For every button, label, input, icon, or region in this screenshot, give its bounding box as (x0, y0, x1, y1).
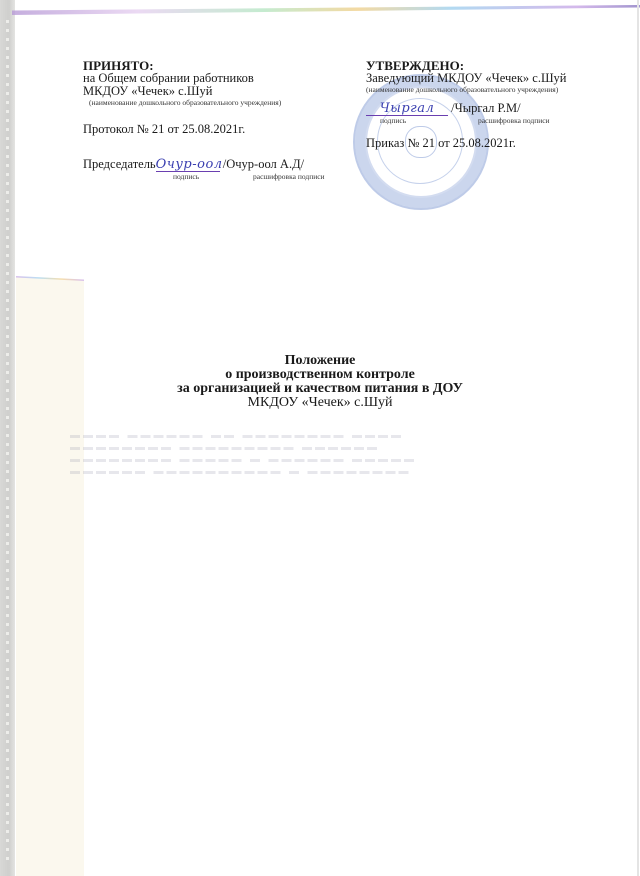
caption-signature: подпись (173, 172, 233, 181)
page-edge-right (637, 0, 639, 876)
caption-decoding: расшифровка подписи (253, 172, 325, 181)
title-line3: за организацией и качеством питания в ДО… (0, 382, 640, 396)
document-title: Положение о производственном контроле за… (0, 354, 640, 410)
head-captions: подписьрасшифровка подписи (366, 116, 626, 125)
title-line2: о производственном контроле (0, 368, 640, 382)
bleed-through-text: ▬▬▬▬ ▬▬▬▬▬▬ ▬▬ ▬▬▬▬▬▬▬▬ ▬▬▬▬ ▬▬▬▬▬▬▬▬ ▬▬… (70, 430, 570, 500)
accepted-block: ПРИНЯТО: на Общем собрании работников МК… (83, 59, 343, 181)
page-edge-top (12, 5, 640, 15)
chair-label: Председатель (83, 157, 156, 171)
chair-captions: подписьрасшифровка подписи (83, 172, 343, 181)
chair-signature-line: Очур-оол (156, 158, 220, 172)
head-signature-line: Чыргал (366, 102, 448, 116)
approved-block: УТВЕРЖДЕНО: Заведующий МКДОУ «Чечек» с.Ш… (366, 59, 626, 150)
caption-signature-right: подпись (380, 116, 440, 125)
accepted-caption: (наименование дошкольного образовательно… (83, 98, 343, 107)
head-signature: Чыргал (380, 101, 435, 116)
approved-caption: (наименование дошкольного образовательно… (366, 85, 626, 94)
title-line4: МКДОУ «Чечек» с.Шуй (0, 396, 640, 410)
accepted-line2: МКДОУ «Чечек» с.Шуй (83, 85, 343, 98)
protocol-line: Протокол № 21 от 25.08.2021г. (83, 123, 343, 136)
title-line1: Положение (0, 354, 640, 368)
caption-decoding-right: расшифровка подписи (478, 116, 550, 125)
approved-line1: Заведующий МКДОУ «Чечек» с.Шуй (366, 72, 626, 85)
chair-signature: Очур-оол (156, 157, 223, 172)
head-name: /Чыргал Р.М/ (451, 101, 521, 115)
head-sign-line: Чыргал /Чыргал Р.М/ (366, 102, 626, 116)
binder-strip (0, 0, 15, 876)
chair-line: ПредседательОчур-оол /Очур-оол А.Д/ (83, 158, 343, 172)
order-line: Приказ № 21 от 25.08.2021г. (366, 137, 626, 150)
chair-name: /Очур-оол А.Д/ (223, 157, 304, 171)
